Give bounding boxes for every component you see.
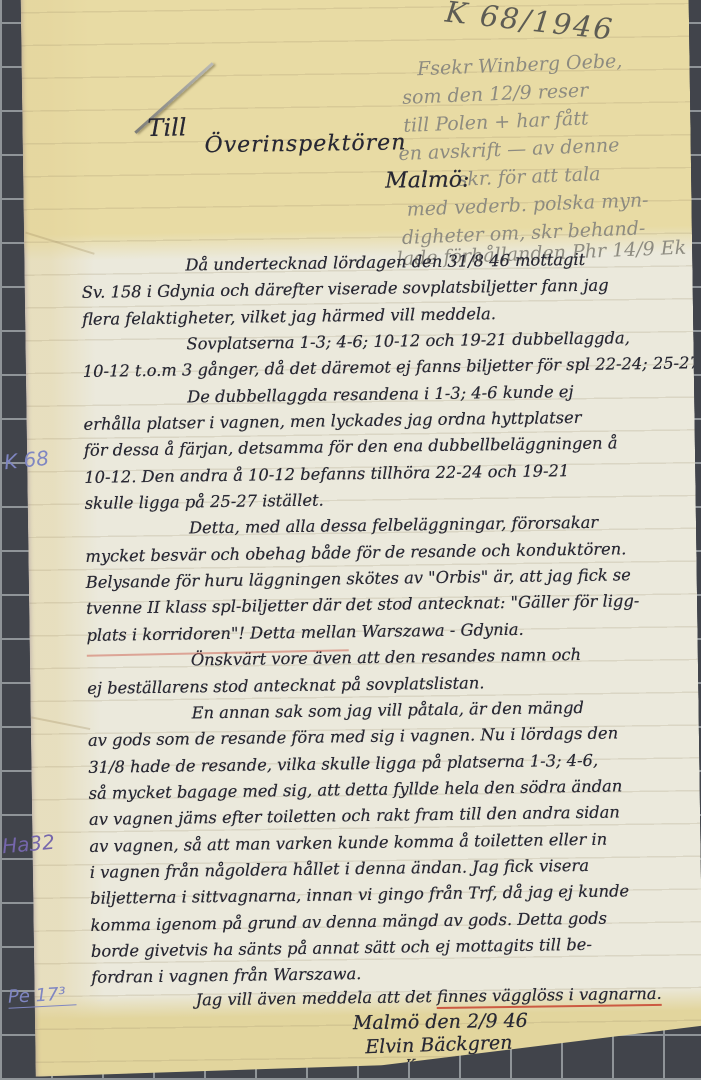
address-recipient: Överinspektören <box>205 130 407 158</box>
letter-page: K 68/1946 Fsekr Winberg Oebe,som den 12/… <box>20 0 701 1077</box>
margin-mark-pe17: Pe 17³ <box>7 983 76 1009</box>
paper-crease <box>25 232 94 255</box>
letter-body: Då undertecknad lördagen den 31/8 46 mot… <box>81 245 701 991</box>
underlined-phrase: finnes vägglöss i vagnarna. <box>437 984 662 1009</box>
dateline: Malmö den 2/9 46 <box>353 1010 528 1034</box>
address-city: Malmö: <box>385 167 470 193</box>
closing-prefix: Jag vill även meddela att det <box>195 987 437 1009</box>
margin-mark-ha32: Ha32 <box>1 830 56 859</box>
photo-of-letter: { "document": { "reference": "K 68/1946"… <box>0 0 701 1080</box>
signature: Elvin Bäckgren <box>365 1032 513 1059</box>
pencil-annotation: Fsekr Winberg Oebe,som den 12/9 resertil… <box>389 48 687 276</box>
address-till: Till <box>147 113 186 142</box>
margin-mark-k68: K 68 <box>3 446 50 475</box>
archive-reference-number: K 68/1946 <box>444 0 616 47</box>
signature-title: Knr <box>405 1057 430 1072</box>
paper-crease <box>31 716 90 729</box>
